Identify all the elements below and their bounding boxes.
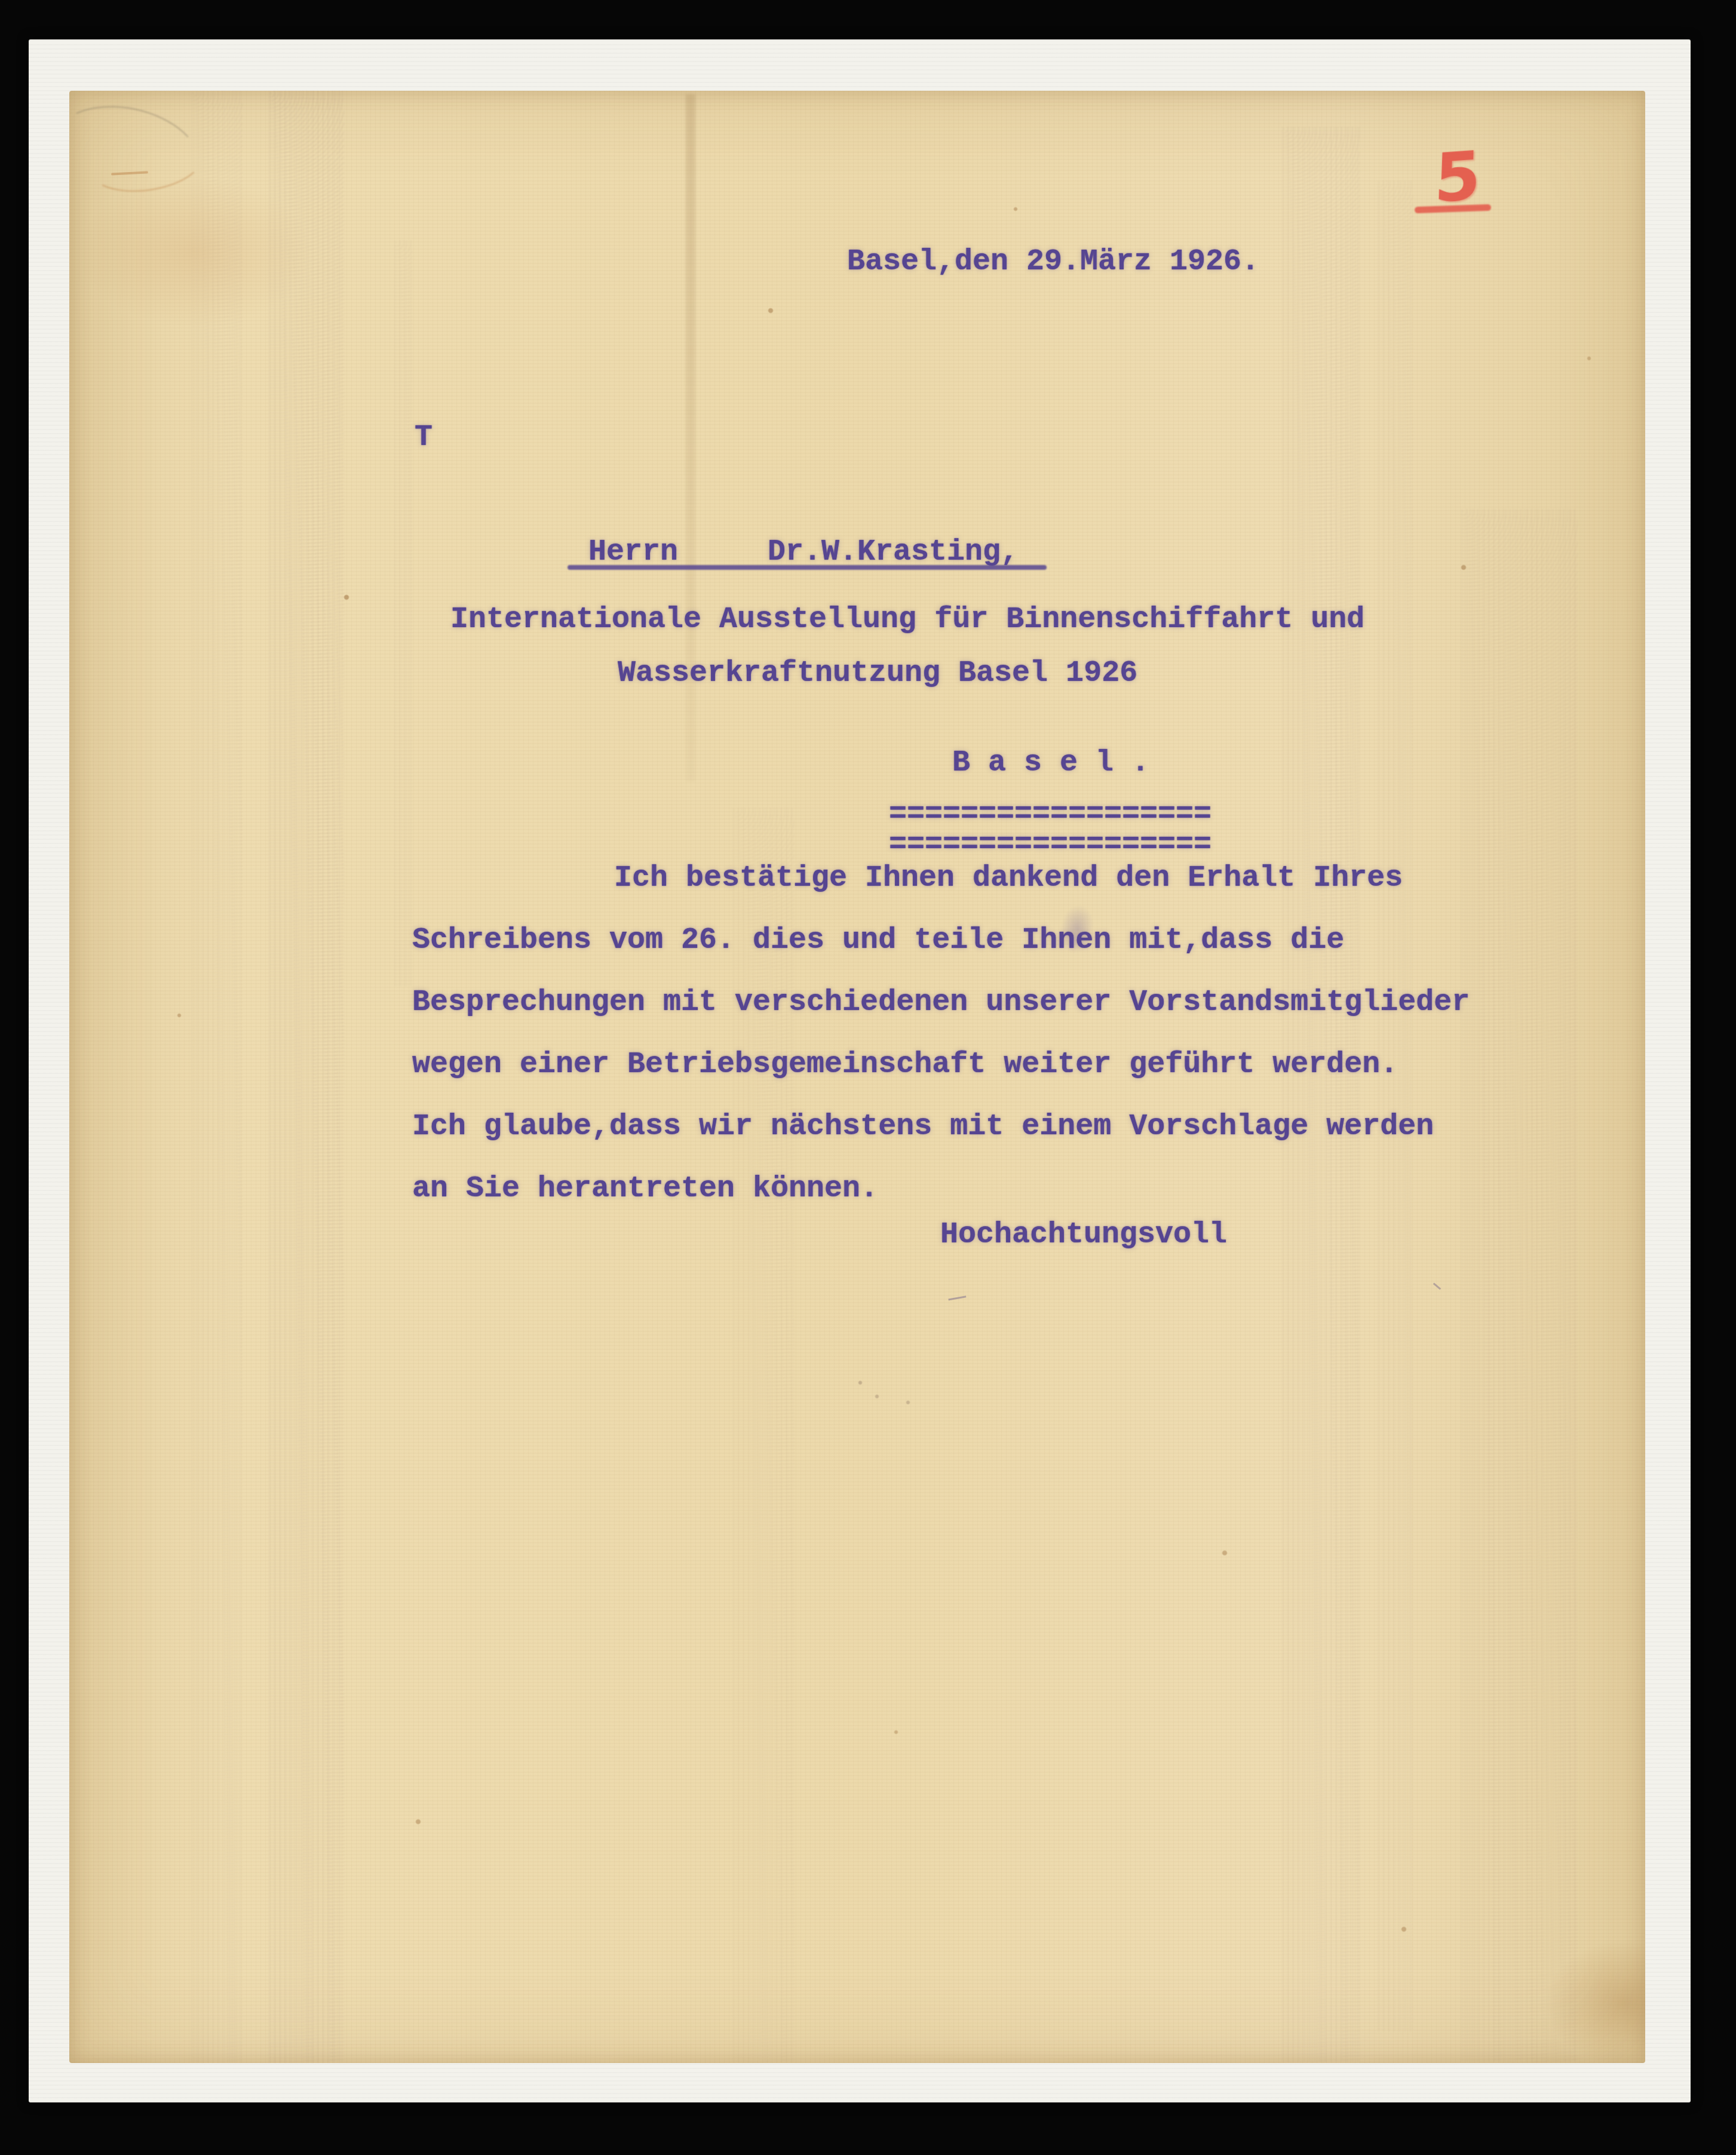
paper-streak-band	[1461, 509, 1578, 2062]
ink-smudge	[1433, 1283, 1441, 1290]
reference-mark: T	[415, 423, 433, 453]
closing-line: Hochachtungsvoll	[940, 1220, 1227, 1250]
recipient-city-underline: ================== ==================	[889, 790, 1211, 871]
ink-smudge	[947, 1287, 967, 1301]
city-underline-row: ==================	[889, 810, 1211, 820]
page-number-underline	[1415, 204, 1491, 213]
scan-background: { "annotations": { "page_number": "5" },…	[0, 0, 1736, 2155]
body-line: Schreibens vom 26. dies und teile Ihnen …	[412, 926, 1344, 956]
body-line: Ich bestätige Ihnen dankend den Erhalt I…	[614, 864, 1403, 894]
recipient-name-line: Herrn Dr.W.Krasting,	[588, 538, 1019, 567]
recipient-organization-line-1: Internationale Ausstellung für Binnensch…	[450, 605, 1364, 635]
recipient-city-line: B a s e l .	[952, 748, 1149, 778]
paper-streak-band	[1282, 127, 1360, 2062]
recipient-organization-line-2: Wasserkraftnutzung Basel 1926	[618, 659, 1137, 689]
body-line: wegen einer Betriebsgemeinschaft weiter …	[412, 1050, 1398, 1080]
paper-streak-band	[1378, 180, 1413, 2032]
paper-mat: 5 Basel,den 29.März 1926. T Herrn Dr.W.K…	[29, 39, 1691, 2102]
city-underline-row: ==================	[889, 840, 1211, 851]
body-line: Ich glaube,dass wir nächstens mit einem …	[412, 1112, 1434, 1142]
paper-streak-band	[191, 91, 243, 2063]
paper-streak-band	[269, 91, 344, 2063]
letter-paper: 5 Basel,den 29.März 1926. T Herrn Dr.W.K…	[69, 91, 1645, 2063]
paper-streak-band	[394, 240, 412, 987]
page-number-annotation: 5	[1433, 142, 1482, 212]
body-line: Besprechungen mit verschiedenen unserer …	[412, 988, 1470, 1018]
date-line: Basel,den 29.März 1926.	[847, 247, 1259, 277]
recipient-name-underline	[568, 565, 1047, 570]
body-line: an Sie herantreten können.	[412, 1174, 878, 1204]
